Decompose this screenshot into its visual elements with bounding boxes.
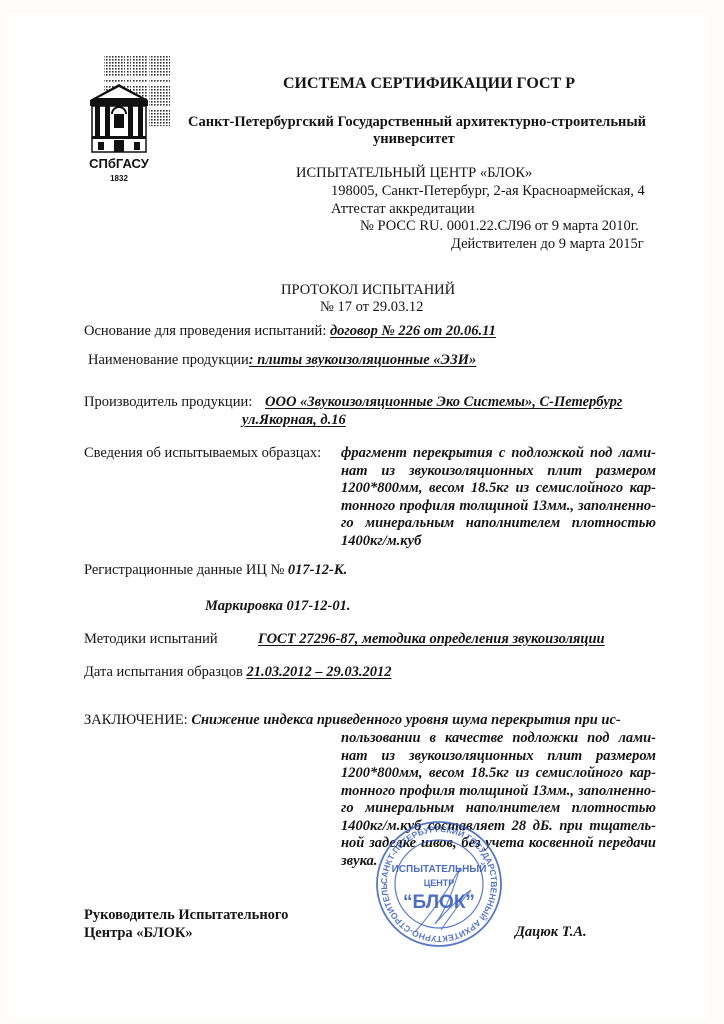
registration-field: Регистрационные данные ИЦ № 017-12-К. <box>84 562 347 579</box>
center-address: 198005, Санкт-Петербург, 2-ая Красноарме… <box>331 183 645 200</box>
test-date-label: Дата испытания образцов <box>84 664 243 680</box>
signer-role-line1: Руководитель Испытательного <box>84 907 288 924</box>
conclusion-line: нат из звукоизоляционных плит размером <box>341 748 656 766</box>
svg-text:СПбГАСУ: СПбГАСУ <box>89 156 150 171</box>
registration-value: 017-12-К. <box>288 562 347 578</box>
signer-name: Дацюк Т.А. <box>515 924 587 941</box>
registration-label: Регистрационные данные ИЦ № <box>84 562 284 578</box>
certification-system-title: СИСТЕМА СЕРТИФИКАЦИИ ГОСТ Р <box>283 75 575 93</box>
samples-line: фрагмент перекрытия с подложкой под лами… <box>341 445 656 463</box>
conclusion-label: ЗАКЛЮЧЕНИЕ: <box>84 712 188 728</box>
samples-description: фрагмент перекрытия с подложкой под лами… <box>341 445 656 550</box>
building-logo-icon: СПбГАСУ 1832 <box>88 56 172 186</box>
protocol-number: № 17 от 29.03.12 <box>320 299 423 316</box>
test-date-value: 21.03.2012 – 29.03.2012 <box>247 664 392 680</box>
protocol-title: ПРОТОКОЛ ИСПЫТАНИЙ <box>281 282 455 299</box>
manufacturer-value-line2: ул.Якорная, д.16 <box>242 412 346 429</box>
product-value: : плиты звукоизоляционные «ЭЗИ» <box>249 352 477 368</box>
conclusion-line: пользовании в качестве подложки под лами… <box>341 730 656 748</box>
methods-value: ГОСТ 27296-87, методика определения звук… <box>258 631 605 648</box>
testing-center-name: ИСПЫТАТЕЛЬНЫЙ ЦЕНТР «БЛОК» <box>296 165 532 182</box>
methods-label: Методики испытаний <box>84 631 218 648</box>
svg-text:ЦЕНТР: ЦЕНТР <box>424 878 455 888</box>
product-field: Наименование продукции: плиты звукоизоля… <box>88 352 476 369</box>
samples-line: тонного профиля толщиной 13мм., заполнен… <box>341 498 656 516</box>
accreditation-valid-until: Действителен до 9 марта 2015г <box>451 236 644 253</box>
university-name-line1: Санкт-Петербургский Государственный архи… <box>188 114 646 131</box>
svg-text:ИСПЫТАТЕЛЬНЫЙ: ИСПЫТАТЕЛЬНЫЙ <box>392 862 487 875</box>
conclusion-line: тонного профиля толщиной 13мм., заполнен… <box>341 783 656 801</box>
accreditation-number: № РОСС RU. 0001.22.СЛ96 от 9 марта 2010г… <box>360 218 639 235</box>
official-stamp: САНКТ-ПЕТЕРБУРГСКИЙ ГОСУДАРСТВЕННЫЙ АРХИ… <box>375 820 503 948</box>
signer-role-line2: Центра «БЛОК» <box>84 925 193 942</box>
test-date-field: Дата испытания образцов 21.03.2012 – 29.… <box>84 664 392 681</box>
marking: Маркировка 017-12-01. <box>205 598 350 615</box>
samples-label: Сведения об испытываемых образцах: <box>84 445 321 462</box>
conclusion-text-first: Снижение индекса приведенного уровня шум… <box>191 712 620 728</box>
conclusion-first-line: ЗАКЛЮЧЕНИЕ: Снижение индекса приведенног… <box>84 712 656 729</box>
basis-value: договор № 226 от 20.06.11 <box>330 323 496 339</box>
svg-text:1832: 1832 <box>110 174 128 183</box>
university-logo: СПбГАСУ 1832 <box>88 56 172 186</box>
manufacturer-value-line1: ООО «Звукоизоляционные Эко Системы», С-П… <box>265 394 622 411</box>
accreditation-label: Аттестат аккредитации <box>331 201 475 218</box>
conclusion-line: 1200*800мм, весом 18.5кг из семислойного… <box>341 765 656 783</box>
samples-line: го минеральным наполнителем плотностью <box>341 515 656 533</box>
stamp-seal-icon: САНКТ-ПЕТЕРБУРГСКИЙ ГОСУДАРСТВЕННЫЙ АРХИ… <box>375 820 503 948</box>
basis-field: Основание для проведения испытаний: дого… <box>84 323 496 340</box>
samples-line: 1200*800мм, весом 18.5кг из семислойного… <box>341 480 656 498</box>
manufacturer-label: Производитель продукции: <box>84 394 252 411</box>
samples-line: 1400кг/м.куб <box>341 533 656 551</box>
samples-line: нат из звукоизоляционных плит размером <box>341 463 656 481</box>
basis-label: Основание для проведения испытаний: <box>84 323 326 339</box>
university-name-line2: университет <box>373 131 455 148</box>
product-label: Наименование продукции <box>88 352 249 368</box>
conclusion-line: го минеральным наполнителем плотностью <box>341 800 656 818</box>
